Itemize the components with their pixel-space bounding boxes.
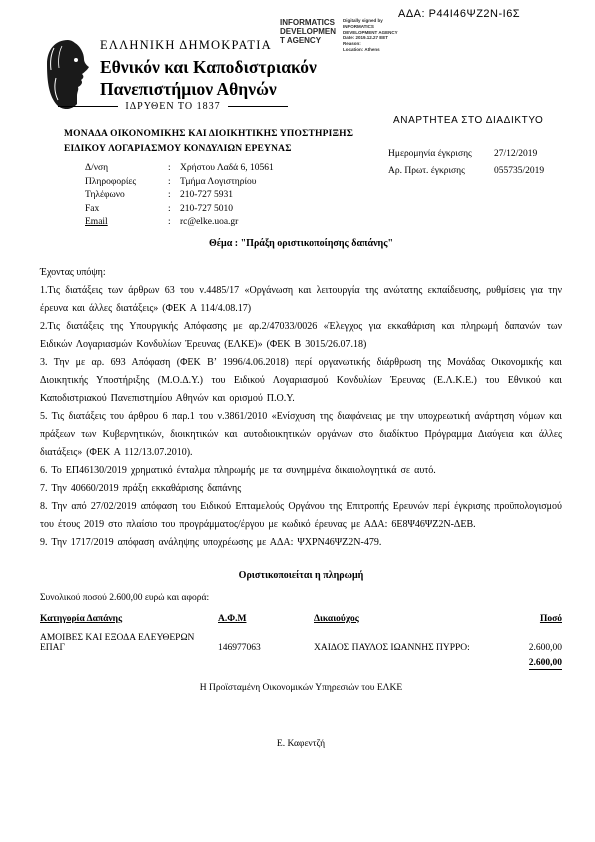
approval-date-value: 27/12/2019 bbox=[494, 149, 537, 159]
legal-item-7: 7. Την 40660/2019 πράξη εκκαθάρισης δαπά… bbox=[40, 480, 562, 498]
fax-value: 210-727 5010 bbox=[180, 203, 233, 217]
cell-category: ΑΜΟΙΒΕΣ ΚΑΙ ΕΞΟΔΑ ΕΛΕΥΘΕΡΩΝ ΕΠΑΓ bbox=[40, 633, 218, 653]
address-label: Δ/νση bbox=[85, 162, 168, 176]
signatory-name: Ε. Καφεντζή bbox=[40, 739, 562, 749]
signatory-role: Η Προϊσταμένη Οικονομικών Υπηρεσιών του … bbox=[40, 683, 562, 693]
contact-row-address: Δ/νση : Χρήστου Λαδά 6, 10561 bbox=[85, 162, 274, 176]
address-value: Χρήστου Λαδά 6, 10561 bbox=[180, 162, 274, 176]
total-amount-line: Συνολικού ποσού 2.600,00 ευρώ και αφορά: bbox=[40, 593, 562, 603]
preamble-intro: Έχοντας υπόψη: bbox=[40, 264, 562, 282]
university-name-line2: Πανεπιστήμιον Αθηνών bbox=[100, 78, 317, 100]
expense-table-row: ΑΜΟΙΒΕΣ ΚΑΙ ΕΞΟΔΑ ΕΛΕΥΘΕΡΩΝ ΕΠΑΓ 1469770… bbox=[40, 633, 562, 653]
header-amount: Ποσό bbox=[526, 614, 562, 624]
approval-date-row: Ημερομηνία έγκρισης 27/12/2019 bbox=[388, 149, 544, 159]
header-beneficiary: Δικαιούχος bbox=[314, 614, 526, 624]
approval-block: Ημερομηνία έγκρισης 27/12/2019 Αρ. Πρωτ.… bbox=[388, 149, 544, 183]
legal-item-2: 2.Τις διατάξεις της Υπουργικής Απόφασης … bbox=[40, 318, 562, 354]
document-page: ΑΔΑ: Ρ44Ι46ΨΖ2Ν-Ι6Σ ΕΛΛΗΝΙΚΗ ΔΗΜΟΚΡΑΤΙΑ … bbox=[0, 0, 595, 842]
founded-row: ΙΔΡΥΘΕΝ ΤΟ 1837 bbox=[58, 101, 288, 112]
separator: : bbox=[168, 189, 180, 203]
table-total-row: 2.600,00 bbox=[40, 658, 562, 670]
unit-title: ΜΟΝΑΔΑ ΟΙΚΟΝΟΜΙΚΗΣ ΚΑΙ ΔΙΟΙΚΗΤΙΚΗΣ ΥΠΟΣΤ… bbox=[64, 127, 353, 157]
digital-signature-stamp: INFORMATICS DEVELOPMENT AGENCY Digitally… bbox=[280, 18, 425, 53]
header-category: Κατηγορία Δαπάνης bbox=[40, 614, 218, 624]
stamp-signature-details: Digitally signed by INFORMATICS DEVELOPM… bbox=[343, 18, 425, 53]
anartitea-label: ΑΝΑΡΤΗΤΕΑ ΣΤΟ ΔΙΑΔΙΚΤΥΟ bbox=[393, 115, 543, 126]
legal-item-5: 5. Τις διατάξεις του άρθρου 6 παρ.1 του … bbox=[40, 408, 562, 462]
cell-beneficiary: ΧΑΙΔΟΣ ΠΑΥΛΟΣ ΙΩΑΝΝΗΣ ΠΥΡΡΟ: bbox=[314, 643, 526, 653]
separator: : bbox=[168, 203, 180, 217]
unit-title-line1: ΜΟΝΑΔΑ ΟΙΚΟΝΟΜΙΚΗΣ ΚΑΙ ΔΙΟΙΚΗΤΙΚΗΣ ΥΠΟΣΤ… bbox=[64, 127, 353, 142]
email-label: Email bbox=[85, 216, 168, 230]
total-amount-value: 2.600,00 bbox=[529, 658, 562, 670]
approval-date-label: Ημερομηνία έγκρισης bbox=[388, 149, 494, 159]
contact-row-phone: Τηλέφωνο : 210-727 5931 bbox=[85, 189, 274, 203]
finalization-title: Οριστικοποιείται η πληρωμή bbox=[40, 570, 562, 581]
phone-label: Τηλέφωνο bbox=[85, 189, 168, 203]
founded-rule-left bbox=[58, 106, 118, 107]
cell-amount: 2.600,00 bbox=[526, 643, 562, 653]
legal-item-9: 9. Την 1717/2019 απόφαση ανάληψης υποχρέ… bbox=[40, 534, 562, 552]
unit-title-line2: ΕΙΔΙΚΟΥ ΛΟΓΑΡΙΑΣΜΟΥ ΚΟΝΔΥΛΙΩΝ ΕΡΕΥΝΑΣ bbox=[64, 142, 353, 157]
fax-label: Fax bbox=[85, 203, 168, 217]
approval-protocol-label: Αρ. Πρωτ. έγκρισης bbox=[388, 166, 494, 176]
contact-row-email: Email : rc@elke.uoa.gr bbox=[85, 216, 274, 230]
university-name: Εθνικόν και Καποδιστριακόν Πανεπιστήμιον… bbox=[100, 56, 317, 100]
expense-table-header: Κατηγορία Δαπάνης Α.Φ.Μ Δικαιούχος Ποσό bbox=[40, 614, 562, 624]
separator: : bbox=[168, 176, 180, 190]
email-value: rc@elke.uoa.gr bbox=[180, 216, 238, 230]
approval-protocol-row: Αρ. Πρωτ. έγκρισης 055735/2019 bbox=[388, 166, 544, 176]
phone-value: 210-727 5931 bbox=[180, 189, 233, 203]
contact-block: Δ/νση : Χρήστου Λαδά 6, 10561 Πληροφορίε… bbox=[85, 162, 274, 230]
contact-row-info: Πληροφορίες : Τμήμα Λογιστηρίου bbox=[85, 176, 274, 190]
subject-line: Θέμα : "Πράξη οριστικοποίησης δαπάνης" bbox=[40, 238, 562, 249]
founded-text: ΙΔΡΥΘΕΝ ΤΟ 1837 bbox=[118, 101, 227, 112]
info-label: Πληροφορίες bbox=[85, 176, 168, 190]
separator: : bbox=[168, 162, 180, 176]
cell-afm: 146977063 bbox=[218, 643, 314, 653]
university-name-line1: Εθνικόν και Καποδιστριακόν bbox=[100, 56, 317, 78]
info-value: Τμήμα Λογιστηρίου bbox=[180, 176, 256, 190]
header-afm: Α.Φ.Μ bbox=[218, 614, 314, 624]
legal-item-1: 1.Τις διατάξεις των άρθρων 63 του ν.4485… bbox=[40, 282, 562, 318]
separator: : bbox=[168, 216, 180, 230]
legal-item-3: 3. Την με αρ. 693 Απόφαση (ΦΕΚ Β’ 1996/4… bbox=[40, 354, 562, 408]
stamp-agency-name: INFORMATICS DEVELOPMENT AGENCY bbox=[280, 18, 338, 53]
legal-item-6: 6. Το ΕΠ46130/2019 χρηματικό ένταλμα πλη… bbox=[40, 462, 562, 480]
approval-protocol-value: 055735/2019 bbox=[494, 166, 544, 176]
founded-rule-right bbox=[228, 106, 288, 107]
stamp-detail-line: Location: Athens bbox=[343, 47, 425, 53]
legal-item-8: 8. Την από 27/02/2019 απόφαση του Ειδικο… bbox=[40, 498, 562, 534]
contact-row-fax: Fax : 210-727 5010 bbox=[85, 203, 274, 217]
document-body: Θέμα : "Πράξη οριστικοποίησης δαπάνης" Έ… bbox=[40, 238, 562, 759]
